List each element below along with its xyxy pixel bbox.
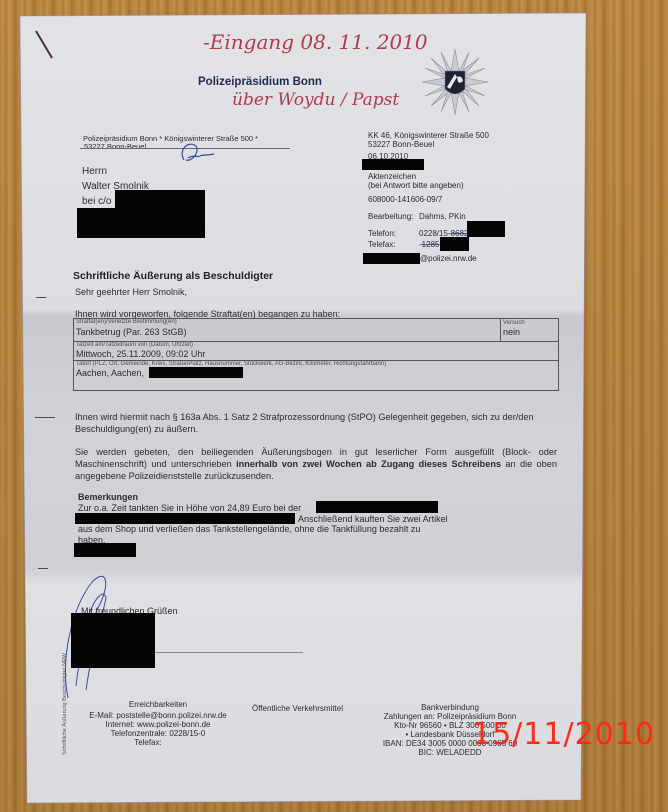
pen-mark (30, 25, 60, 65)
handwritten-routing-note: über Woydu / Papst (232, 90, 399, 110)
file-ref-label: Aktenzeichen (368, 172, 416, 181)
redacted-remarks (74, 543, 136, 557)
file-ref-hint: (bei Antwort bitte angeben) (368, 181, 464, 190)
handler-name: Dahms, PKin (419, 212, 466, 221)
attempt-label: Versuch (503, 320, 525, 326)
remarks-line-3: aus dem Shop und verließen das Tankstell… (78, 524, 420, 534)
email-suffix: @polizei.nrw.de (420, 254, 477, 263)
footer-fax: Telefax: (78, 738, 218, 747)
redacted-station-name (316, 501, 438, 513)
redacted-email-user (363, 253, 420, 264)
attempt-value: nein (503, 327, 520, 337)
redacted-station-address (75, 513, 295, 524)
handwritten-initials (170, 138, 220, 168)
authority-name: Polizeipräsidium Bonn (198, 76, 322, 88)
fax-number: -1285 (419, 240, 439, 249)
recipient-salutation: Herrn (82, 166, 107, 177)
sender-line-2: 53227 Bonn-Beuel (84, 142, 146, 151)
letter-paper: -Eingang 08. 11. 2010 über Woydu / Papst… (0, 0, 668, 812)
file-reference: 608000-141606-09/7 (368, 195, 442, 204)
place-value: Aachen, Aachen, (76, 368, 144, 378)
redacted-phone (467, 221, 505, 237)
redacted-office-field (362, 159, 424, 170)
redacted-address-2 (77, 208, 205, 238)
recipient-care-of: bei c/o (82, 196, 111, 207)
footer-email: E-Mail: poststelle@bonn.polizei.nrw.de (78, 711, 238, 720)
time-label: Tatzeit am/Tatzeitraum von (Datum, Uhrze… (76, 342, 193, 348)
document-title: Schriftliche Äußerung als Beschuldigter (73, 270, 273, 282)
footer-bank-title: Bankverbindung (380, 703, 520, 712)
footer-transit-title: Öffentliche Verkehrsmittel (252, 704, 343, 713)
punch-mark (35, 417, 55, 418)
fold-mark (36, 297, 46, 298)
offense-value: Tankbetrug (Par. 263 StGB) (76, 327, 187, 337)
remarks-line-2: Anschließend kauften Sie zwei Artikel (298, 514, 448, 524)
legal-notice-paragraph: Ihnen wird hiermit nach § 163a Abs. 1 Sa… (75, 411, 555, 435)
fold-mark (38, 568, 48, 569)
response-instructions-paragraph: Sie werden gebeten, den beiliegenden Äuß… (75, 446, 557, 482)
office-unit: KK 46, Königswinterer Straße 500 (368, 131, 489, 140)
deadline-emphasis: innerhalb von zwei Wochen ab Zugang dies… (236, 459, 501, 469)
footer-contact-title: Erreichbarkeiten (88, 700, 228, 709)
camera-date-stamp: 15/11/2010 (472, 717, 655, 752)
signature-line (155, 652, 303, 653)
phone-label: Telefon: (368, 229, 396, 238)
form-id-side-text: Schriftliche Äußerung Beschuldigter NRW (62, 653, 68, 755)
redacted-address (115, 190, 205, 209)
redacted-signatory (71, 613, 155, 668)
greeting: Sehr geehrter Herr Smolnik, (75, 287, 187, 297)
redacted-place (149, 367, 243, 378)
handwritten-receipt-note: -Eingang 08. 11. 2010 (203, 30, 428, 54)
fax-struck: 1285 (422, 240, 440, 249)
fax-label: Telefax: (368, 240, 396, 249)
police-star-icon (420, 47, 490, 117)
time-value: Mittwoch, 25.11.2009, 09:02 Uhr (76, 349, 205, 359)
footer-website: Internet: www.polizei-bonn.de (78, 720, 238, 729)
redacted-fax (440, 237, 469, 251)
handler-label: Bearbeitung: (368, 212, 413, 221)
remarks-line-1: Zur o.a. Zeit tankten Sie in Höhe von 24… (78, 503, 301, 513)
remarks-title: Bemerkungen (78, 492, 138, 502)
footer-switchboard: Telefonzentrale: 0228/15-0 (78, 729, 238, 738)
office-city: 53227 Bonn-Beuel (368, 140, 434, 149)
offense-label: Straftat(en)/Verletzte Bestimmung(en) (76, 319, 177, 325)
